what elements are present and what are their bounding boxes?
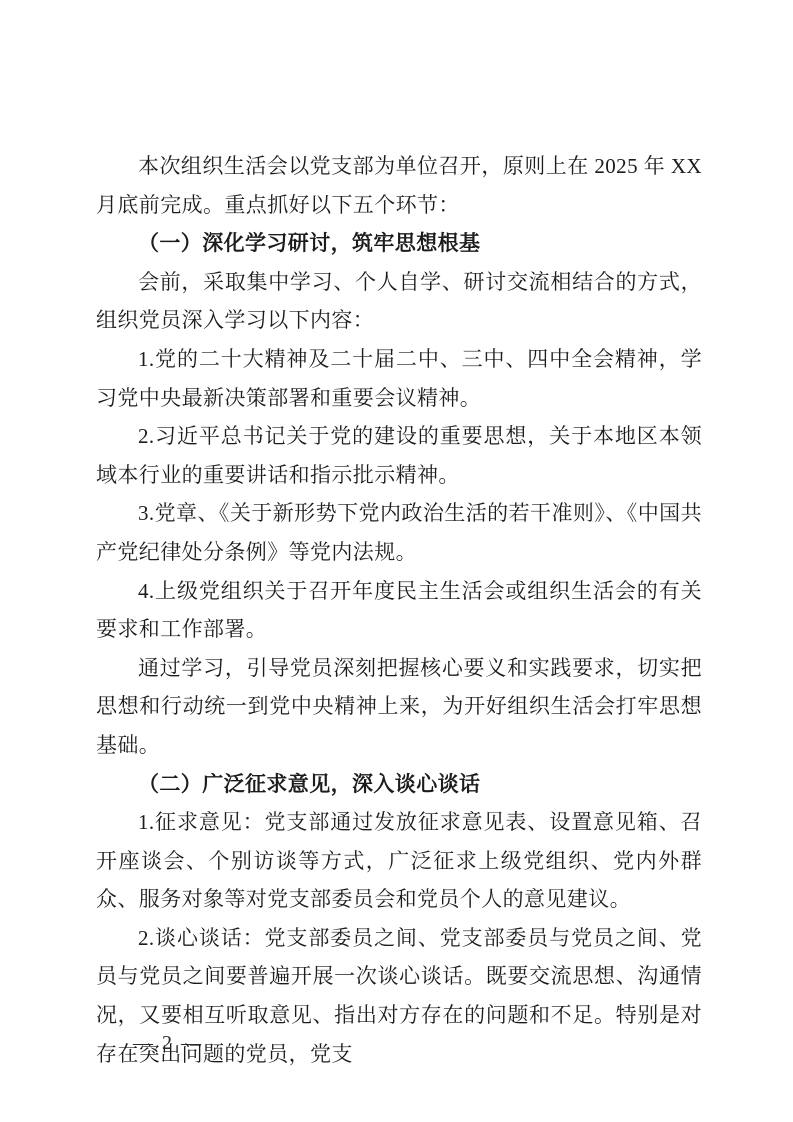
- section-heading: （一）深化学习研讨，筑牢思想根基: [96, 224, 702, 263]
- paragraph: 1.征求意见：党支部通过发放征求意见表、设置意见箱、召开座谈会、个别访谈等方式，…: [96, 803, 702, 919]
- page-number: — 2 —: [133, 1028, 203, 1058]
- paragraph: 3.党章、《关于新形势下党内政治生活的若干准则》、《中国共产党纪律处分条例》等党…: [96, 494, 702, 571]
- paragraph: 2.习近平总书记关于党的建设的重要思想，关于本地区本领域本行业的重要讲话和指示批…: [96, 417, 702, 494]
- paragraph: 4.上级党组织关于召开年度民主生活会或组织生活会的有关要求和工作部署。: [96, 572, 702, 649]
- document-page: 本次组织生活会以党支部为单位召开，原则上在 2025 年 XX 月底前完成。重点…: [0, 0, 793, 1122]
- paragraph: 1.党的二十大精神及二十届二中、三中、四中全会精神，学习党中央最新决策部署和重要…: [96, 340, 702, 417]
- document-body: 本次组织生活会以党支部为单位召开，原则上在 2025 年 XX 月底前完成。重点…: [96, 147, 702, 1073]
- section-heading: （二）广泛征求意见，深入谈心谈话: [96, 765, 702, 804]
- paragraph: 会前，采取集中学习、个人自学、研讨交流相结合的方式，组织党员深入学习以下内容：: [96, 263, 702, 340]
- paragraph: 本次组织生活会以党支部为单位召开，原则上在 2025 年 XX 月底前完成。重点…: [96, 147, 702, 224]
- paragraph: 通过学习，引导党员深刻把握核心要义和实践要求，切实把思想和行动统一到党中央精神上…: [96, 649, 702, 765]
